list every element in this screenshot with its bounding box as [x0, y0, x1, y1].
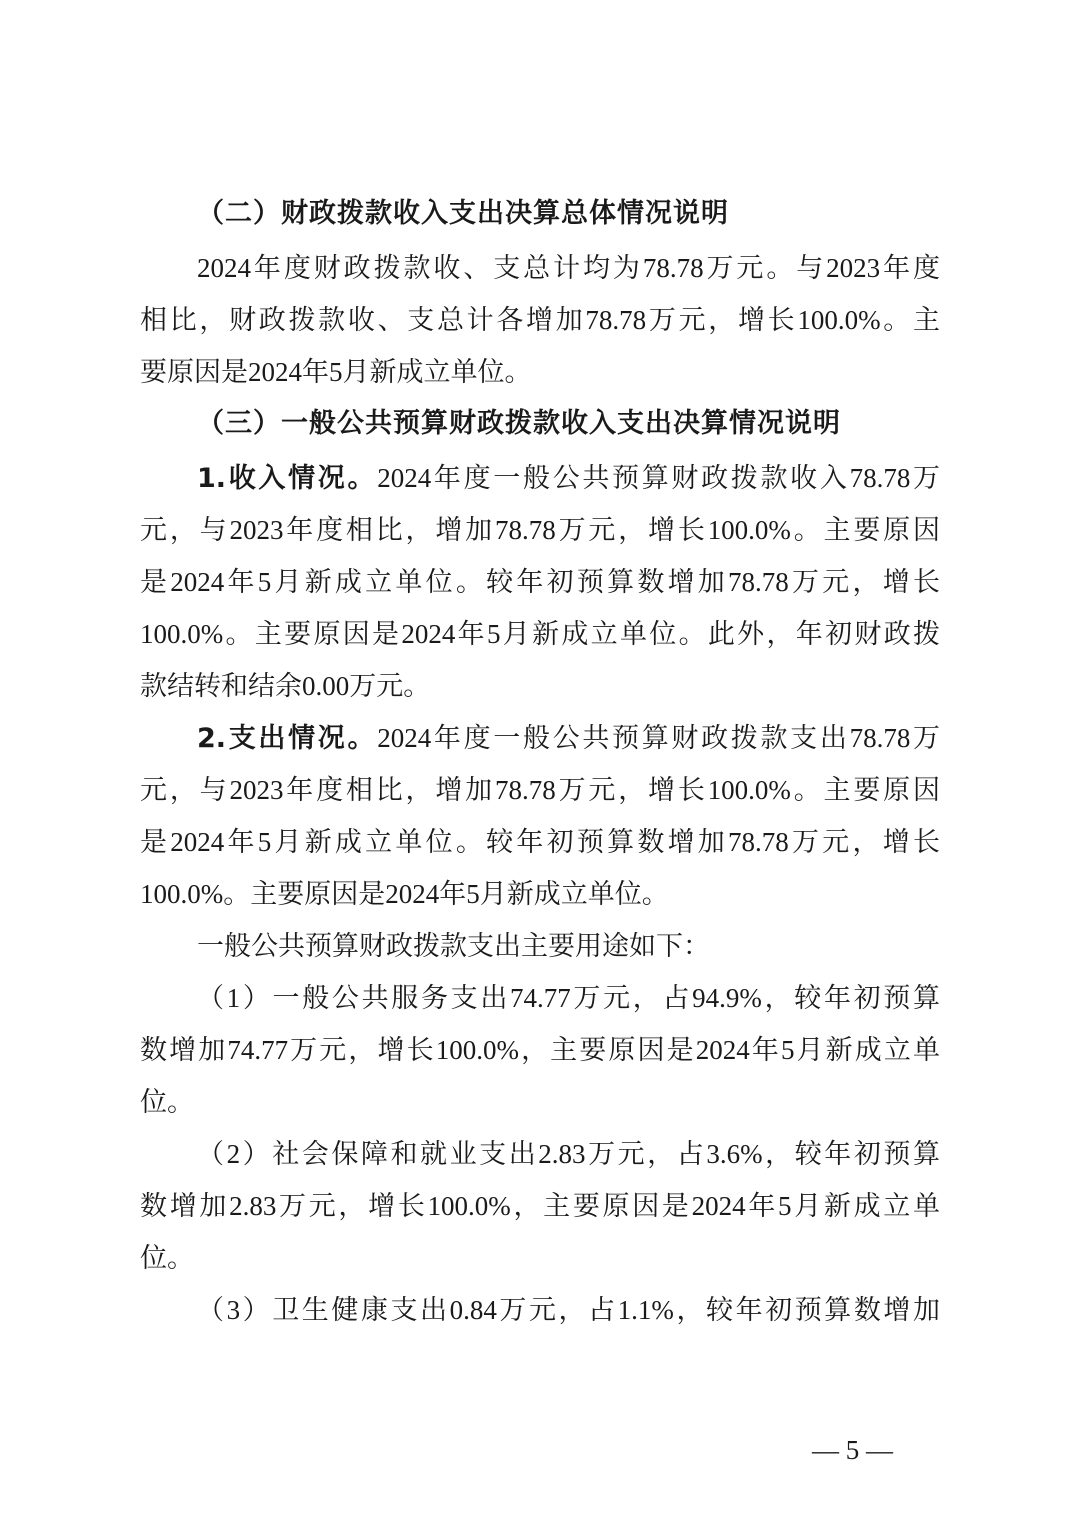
uses-intro: 一般公共预算财政拨款支出主要用途如下：	[197, 928, 940, 964]
income-paragraph-line: 款结转和结余0.00万元。	[140, 668, 940, 704]
paragraph-line: 相比，财政拨款收、支总计各增加78.78万元，增长100.0%。主	[140, 302, 940, 338]
paragraph-line: 2024年度财政拨款收、支总计均为78.78万元。与2023年度	[197, 250, 940, 286]
paragraph-line: 要原因是2024年5月新成立单位。	[140, 354, 940, 390]
income-paragraph-line: 100.0%。主要原因是2024年5月新成立单位。此外，年初财政拨	[140, 616, 940, 652]
use-item-2-line: 位。	[140, 1240, 940, 1276]
income-label: 1.收入情况。	[197, 463, 377, 494]
use-item-2-line: 数增加2.83万元，增长100.0%，主要原因是2024年5月新成立单	[140, 1188, 940, 1224]
income-paragraph-line: 元，与2023年度相比，增加78.78万元，增长100.0%。主要原因	[140, 512, 940, 548]
expenditure-paragraph-line: 2.支出情况。2024年度一般公共预算财政拨款支出78.78万	[197, 720, 940, 757]
section-heading-2: （二）财政拨款收入支出决算总体情况说明	[197, 196, 729, 232]
income-paragraph-line: 是2024年5月新成立单位。较年初预算数增加78.78万元，增长	[140, 564, 940, 600]
section-heading-3: （三）一般公共预算财政拨款收入支出决算情况说明	[197, 406, 841, 442]
expenditure-label: 2.支出情况。	[197, 723, 377, 754]
document-page: （二）财政拨款收入支出决算总体情况说明 2024年度财政拨款收、支总计均为78.…	[0, 0, 1075, 1520]
use-item-2-line: （2）社会保障和就业支出2.83万元，占3.6%，较年初预算	[197, 1136, 940, 1172]
expenditure-paragraph-line: 100.0%。主要原因是2024年5月新成立单位。	[140, 876, 940, 912]
expenditure-paragraph-line: 元，与2023年度相比，增加78.78万元，增长100.0%。主要原因	[140, 772, 940, 808]
use-item-1-line: 数增加74.77万元，增长100.0%，主要原因是2024年5月新成立单	[140, 1032, 940, 1068]
expenditure-paragraph-line: 是2024年5月新成立单位。较年初预算数增加78.78万元，增长	[140, 824, 940, 860]
income-paragraph-line: 1.收入情况。2024年度一般公共预算财政拨款收入78.78万	[197, 460, 940, 497]
use-item-1-line: （1）一般公共服务支出74.77万元，占94.9%，较年初预算	[197, 980, 940, 1016]
use-item-3-line: （3）卫生健康支出0.84万元，占1.1%，较年初预算数增加	[197, 1292, 940, 1328]
page-number: — 5 —	[812, 1432, 893, 1468]
use-item-1-line: 位。	[140, 1084, 940, 1120]
